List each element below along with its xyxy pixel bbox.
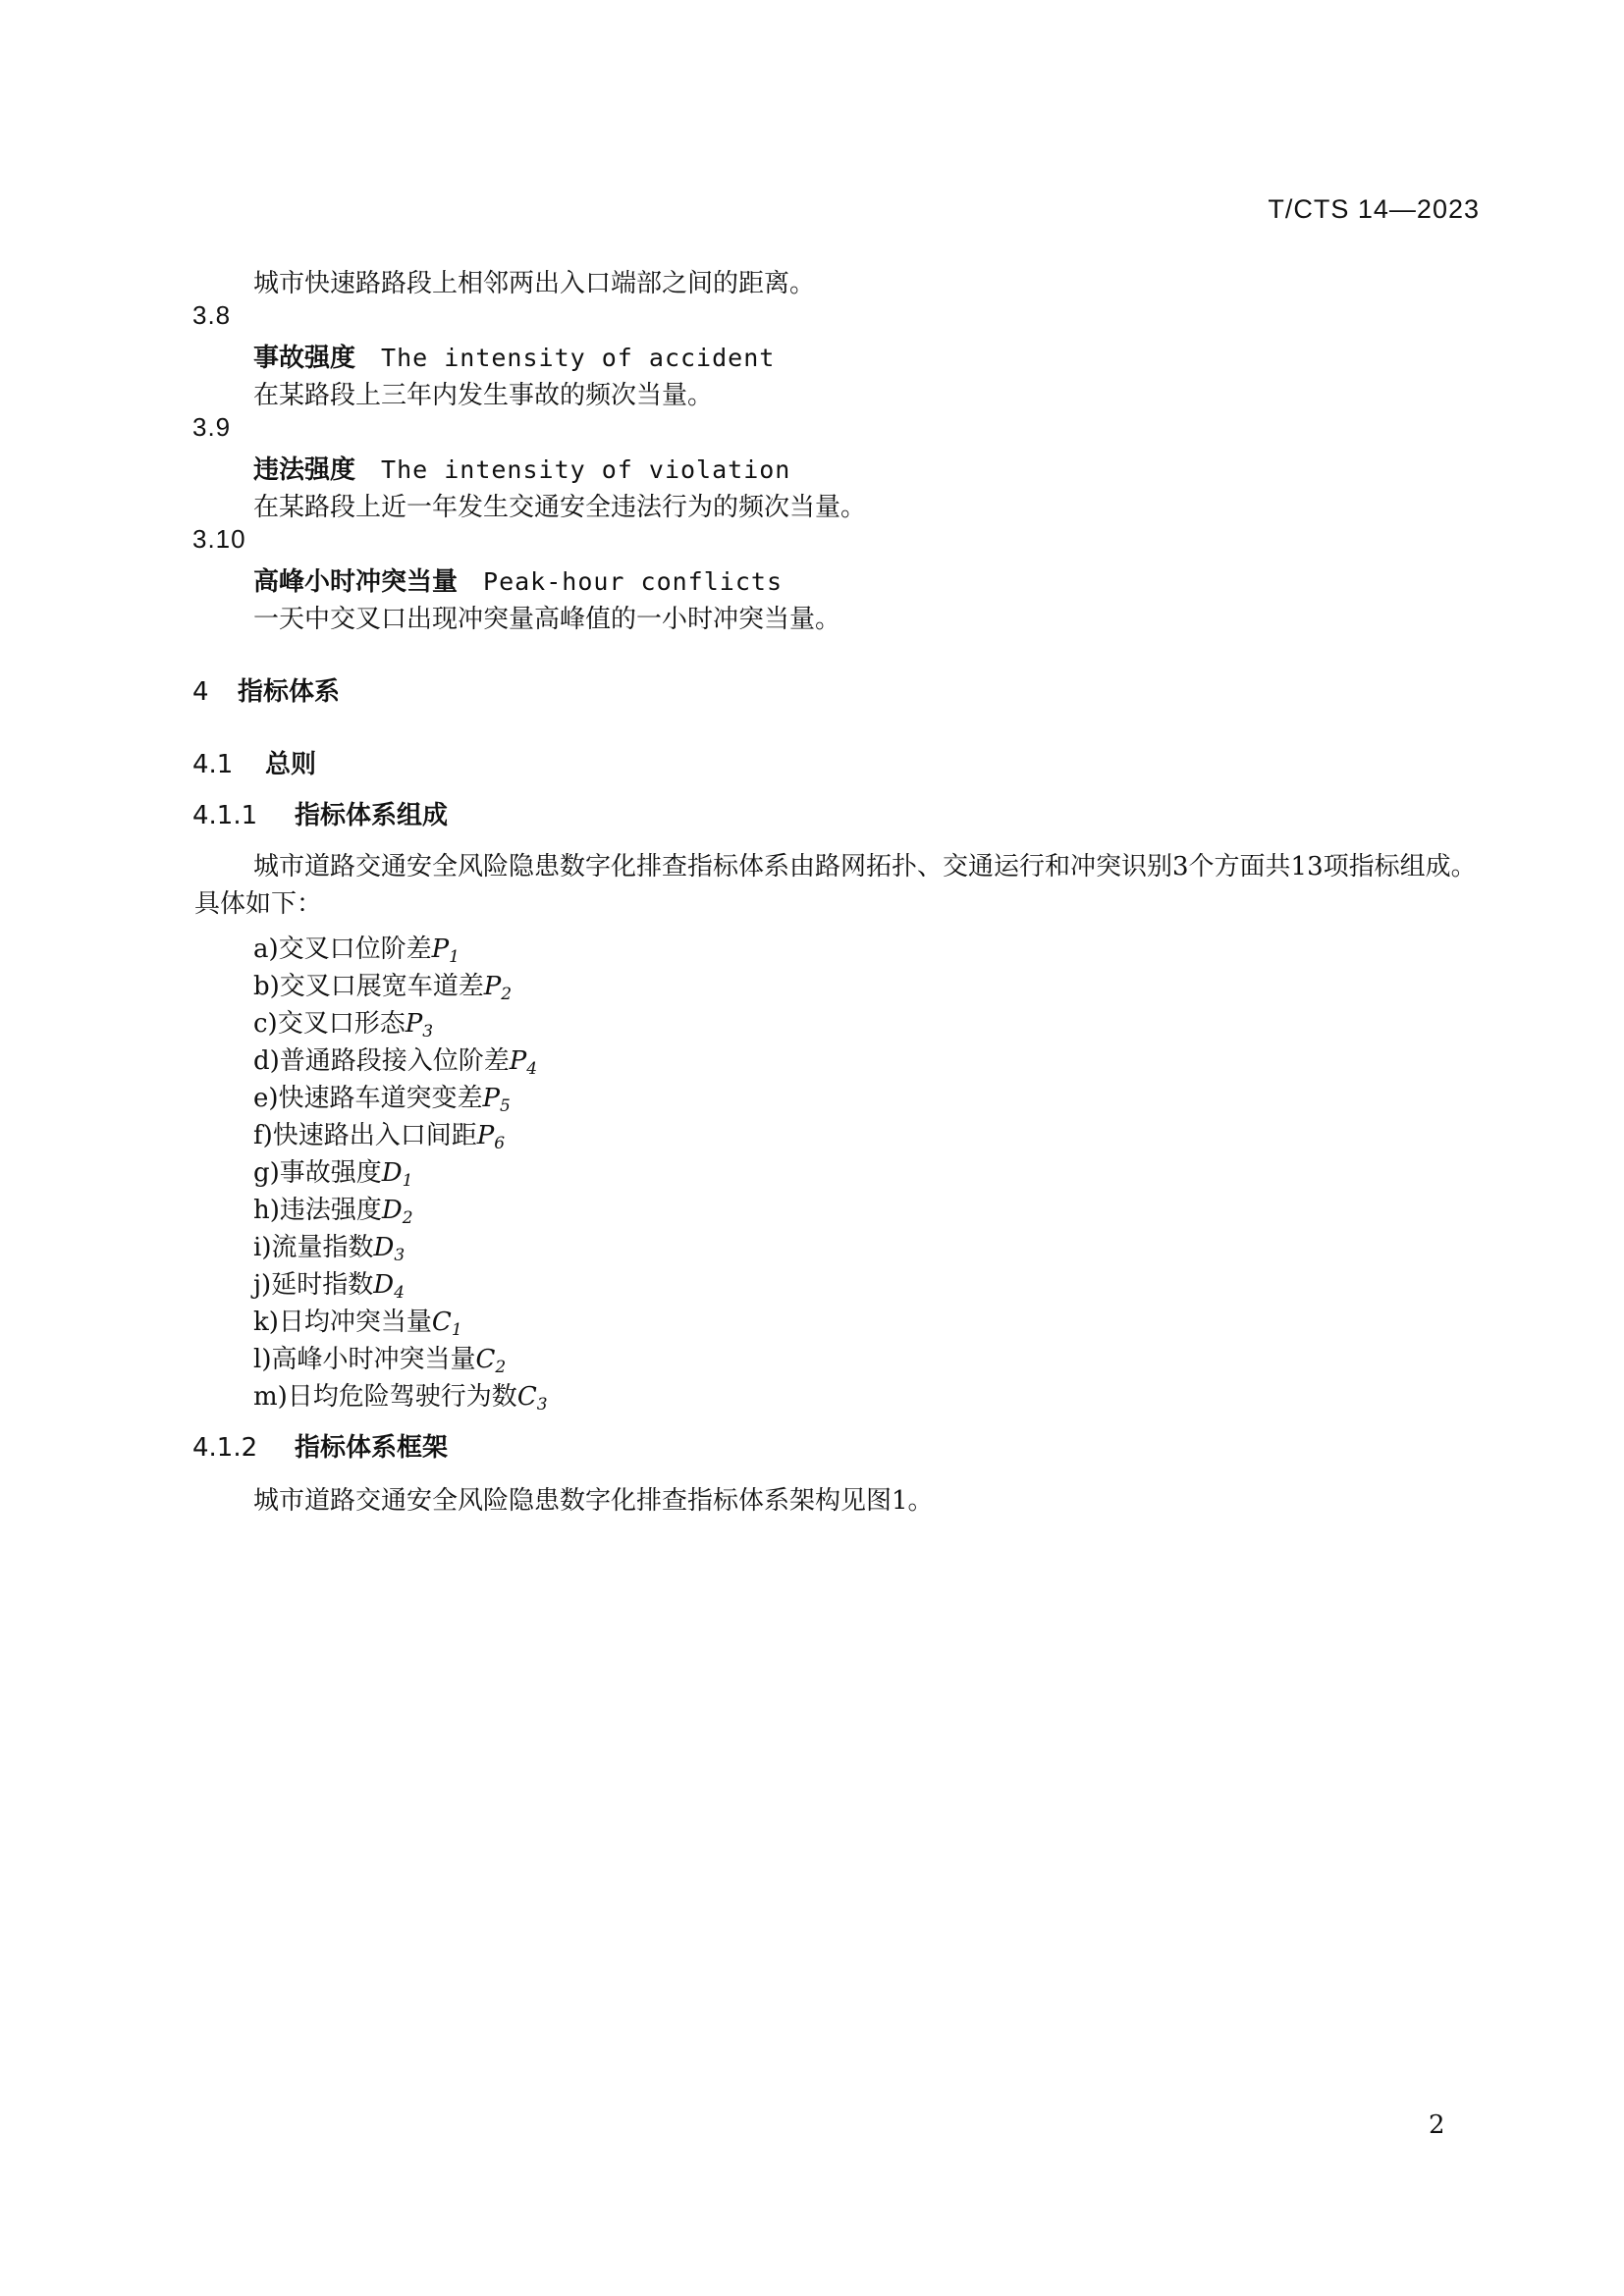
section-title: 总则 (265, 750, 316, 779)
definition-text-3-7: 城市快速路路段上相邻两出入口端部之间的距离。 (253, 263, 815, 299)
term-zh: 高峰小时冲突当量 (253, 567, 458, 597)
term-zh: 事故强度 (253, 344, 355, 373)
section-heading-4-1-1: 4.1.1指标体系组成 (192, 795, 448, 831)
list-item: h)违法强度D2 (253, 1190, 413, 1228)
section-title: 指标体系 (238, 677, 340, 707)
term-title-3-8: 事故强度The intensity of accident (253, 338, 775, 374)
term-en: The intensity of accident (381, 344, 775, 372)
list-item: c)交叉口形态P3 (253, 1003, 433, 1041)
section-number: 4.1.1 (192, 801, 295, 830)
definition-text-3-10: 一天中交叉口出现冲突量高峰值的一小时冲突当量。 (253, 599, 840, 635)
term-number-3-9: 3.9 (192, 412, 231, 443)
framework-paragraph: 城市道路交通安全风险隐患数字化排查指标体系架构见图1。 (253, 1480, 934, 1517)
list-item: f)快速路出入口间距P6 (253, 1115, 505, 1153)
composition-paragraph: 城市道路交通安全风险隐患数字化排查指标体系由路网拓扑、交通运行和冲突识别3个方面… (194, 848, 1481, 923)
term-number-3-10: 3.10 (192, 524, 246, 555)
section-title: 指标体系组成 (295, 801, 448, 830)
section-number: 4.1.2 (192, 1433, 295, 1463)
section-heading-4-1: 4.1总则 (192, 744, 316, 780)
term-number-3-8: 3.8 (192, 300, 231, 331)
list-item: j)延时指数D4 (253, 1264, 405, 1303)
section-heading-4: 4指标体系 (192, 671, 340, 708)
section-number: 4 (192, 677, 238, 707)
list-item: i)流量指数D3 (253, 1227, 405, 1265)
section-heading-4-1-2: 4.1.2指标体系框架 (192, 1427, 448, 1464)
page-number: 2 (1429, 2110, 1445, 2140)
list-item: e)快速路车道突变差P5 (253, 1078, 511, 1116)
list-item: a)交叉口位阶差P1 (253, 929, 460, 967)
list-item: b)交叉口展宽车道差P2 (253, 966, 512, 1004)
term-en: The intensity of violation (381, 455, 790, 484)
list-item: l)高峰小时冲突当量C2 (253, 1339, 506, 1377)
definition-text-3-8: 在某路段上三年内发生事故的频次当量。 (253, 375, 713, 411)
term-zh: 违法强度 (253, 455, 355, 485)
definition-text-3-9: 在某路段上近一年发生交通安全违法行为的频次当量。 (253, 487, 866, 523)
term-title-3-10: 高峰小时冲突当量Peak-hour conflicts (253, 561, 783, 598)
list-item: m)日均危险驾驶行为数C3 (253, 1376, 548, 1415)
section-title: 指标体系框架 (295, 1433, 448, 1463)
document-code-header: T/CTS 14—2023 (1268, 194, 1480, 225)
term-title-3-9: 违法强度The intensity of violation (253, 450, 790, 486)
list-item: d)普通路段接入位阶差P4 (253, 1041, 537, 1079)
list-item: g)事故强度D1 (253, 1152, 412, 1191)
section-number: 4.1 (192, 750, 265, 779)
list-item: k)日均冲突当量C1 (253, 1302, 462, 1340)
term-en: Peak-hour conflicts (483, 567, 783, 596)
